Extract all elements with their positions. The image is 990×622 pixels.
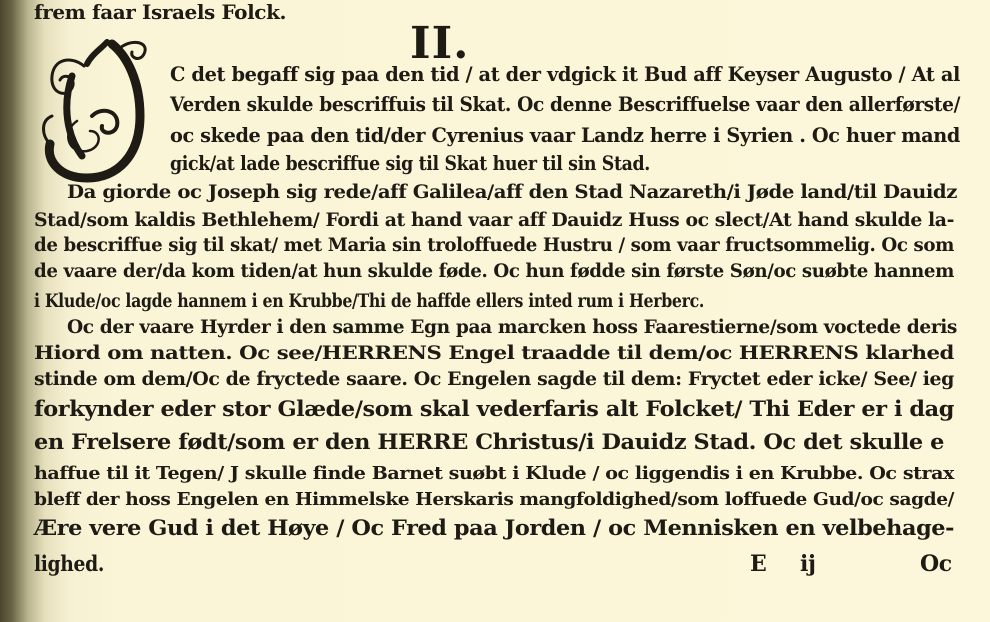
signature-number: ij bbox=[800, 553, 816, 575]
text-line: Da giorde oc Joseph sig rede/aff Galilea… bbox=[67, 183, 957, 202]
text-line: forkynder eder stor Glæde/som skal veder… bbox=[34, 398, 954, 419]
text-line: en Frelsere født/som er den HERRE Christ… bbox=[34, 431, 944, 452]
text-line: de vaare der/da kom tiden/at hun skulde … bbox=[34, 262, 954, 281]
text-line: Oc der vaare Hyrder i den samme Egn paa … bbox=[67, 318, 957, 337]
text-line: stinde om dem/Oc de fryctede saare. Oc E… bbox=[34, 370, 954, 389]
chapter-heading: II. bbox=[410, 22, 469, 66]
text-line: haffue til it Tegen/ J skulle finde Barn… bbox=[34, 465, 954, 483]
text-line: de bescriffue sig til skat/ met Maria si… bbox=[34, 236, 954, 255]
text-line: i Klude/oc lagde hannem i en Krubbe/Thi … bbox=[34, 292, 704, 311]
signature-mark: E bbox=[750, 553, 766, 575]
text-line: lighed. bbox=[34, 553, 104, 574]
text-line: bleff der hoss Engelen en Himmelske Hers… bbox=[34, 491, 954, 509]
text-line: Hiord om natten. Oc see/HERRENS Engel tr… bbox=[34, 344, 954, 363]
text-line: Ære vere Gud i det Høye / Oc Fred paa Jo… bbox=[34, 517, 954, 538]
text-line: gick/at lade bescriffue sig til Skat hue… bbox=[170, 153, 650, 173]
text-line: Verden skulde bescriffuis til Skat. Oc d… bbox=[170, 94, 960, 114]
previous-chapter-ending: frem faar Israels Folck. bbox=[34, 2, 286, 22]
book-page: frem faar Israels Folck. II. C det begaf… bbox=[0, 0, 990, 622]
text-line: oc skede paa den tid/der Cyrenius vaar L… bbox=[170, 125, 960, 145]
text-line: C det begaff sig paa den tid / at der vd… bbox=[170, 64, 960, 84]
ornate-drop-cap-initial-icon bbox=[32, 36, 152, 186]
catchword: Oc bbox=[920, 553, 952, 575]
text-line: Stad/som kaldis Bethlehem/ Fordi at hand… bbox=[34, 211, 954, 230]
